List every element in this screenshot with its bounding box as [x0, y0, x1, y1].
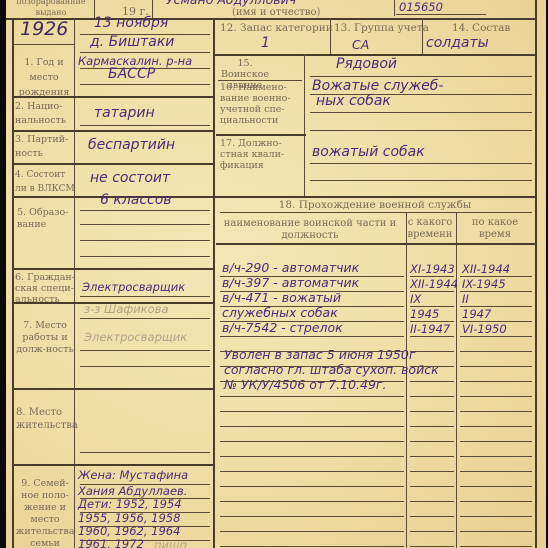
residence-label: 8. Место жительства: [16, 406, 78, 432]
divider: [410, 531, 454, 532]
divider: [460, 291, 532, 292]
serial-number: 015650: [399, 0, 443, 14]
divider: [80, 210, 210, 211]
divider: [220, 321, 404, 322]
reserve-category-value: 1: [261, 35, 270, 51]
military-card-page: позорарованние выдано 19 г. Усмано Абдул…: [6, 0, 546, 548]
name-caption: (имя и отчество): [232, 7, 320, 18]
divider: [14, 44, 74, 45]
divider: [220, 351, 404, 352]
divider: [220, 486, 404, 487]
divider: [220, 471, 404, 472]
divider: [80, 318, 210, 319]
divider: [460, 516, 532, 517]
divider: [218, 80, 302, 81]
divider: [460, 471, 532, 472]
divider: [220, 516, 404, 517]
divider: [410, 501, 454, 502]
family-line-2: Хания Абдуллаев.: [78, 484, 187, 498]
divider: [410, 321, 454, 322]
divider: [220, 396, 404, 397]
service-row-to: 1947: [462, 307, 491, 321]
divider: [14, 268, 214, 270]
divider: [220, 426, 404, 427]
divider: [220, 546, 404, 547]
vus-label: 16. Наимено-вание военно-учетной спе-циа…: [220, 82, 302, 126]
divider: [14, 130, 214, 132]
service-row-to: VI-1950: [462, 322, 507, 336]
divider: [410, 366, 454, 367]
divider: [410, 276, 454, 277]
service-row-to: IX-1945: [462, 277, 506, 291]
nationality-value: татарин: [94, 105, 155, 121]
divider: [410, 546, 454, 547]
education-label: 5. Образо-вание: [17, 207, 73, 231]
divider: [410, 471, 454, 472]
divider: [460, 501, 532, 502]
service-row-unit: в/ч-471 - вожатый: [222, 290, 341, 305]
divider: [220, 291, 404, 292]
divider: [460, 336, 532, 337]
vus-line-2: ных собак: [316, 93, 391, 109]
workplace-line-1: з-з Шафикова: [84, 302, 169, 316]
birth-line-2: д. Биштаки: [90, 34, 174, 50]
service-note-line: Уволен в запас 5 июня 1950г: [224, 347, 415, 362]
divider: [410, 441, 454, 442]
name-value: Усмано Абдуллович: [166, 0, 296, 7]
divider: [410, 306, 454, 307]
divider: [422, 18, 423, 54]
divider: [406, 212, 407, 548]
composition-label: 14. Состав: [452, 23, 510, 34]
family-faded-note: пишп: [154, 538, 187, 548]
divider: [214, 196, 536, 198]
family-line-6: 1961, 1972: [78, 537, 144, 548]
divider: [310, 180, 532, 181]
service-row-unit: в/ч-397 - автоматчик: [222, 275, 359, 290]
divider: [80, 240, 210, 241]
service-row-to: II: [462, 292, 469, 306]
service-row-unit: в/ч-290 - автоматчик: [222, 260, 359, 275]
civil-specialty-label: 6. Граждан-ская специ-альность: [15, 272, 77, 305]
birth-line-1: 13 ноября: [94, 15, 168, 31]
service-row-from: II-1947: [410, 322, 450, 336]
divider: [460, 426, 532, 427]
service-note-line: согласно гл. штаба сухоп. войск: [224, 362, 439, 377]
divider: [410, 396, 454, 397]
education-value: 6 классов: [100, 192, 172, 208]
vus-line-1: Вожатые служеб-: [312, 78, 443, 94]
divider: [460, 441, 532, 442]
account-group-value: СА: [352, 37, 369, 52]
service-col-unit: наименование воинской части и должность: [220, 218, 400, 242]
divider: [220, 212, 532, 213]
divider: [14, 163, 214, 165]
divider: [460, 396, 532, 397]
service-row-unit: служебных собак: [222, 305, 338, 320]
divider: [394, 0, 395, 16]
divider: [80, 366, 210, 367]
divider: [14, 388, 214, 390]
rank-value: Рядовой: [336, 56, 397, 72]
family-line-3: Дети: 1952, 1954: [78, 497, 182, 511]
issued-label: позорарованние выдано: [16, 0, 86, 18]
divider: [220, 381, 404, 382]
divider: [460, 321, 532, 322]
divider: [80, 256, 210, 257]
divider: [310, 112, 532, 113]
divider: [220, 456, 404, 457]
reserve-category-label: 12. Запас категории: [220, 23, 333, 34]
divider: [396, 14, 486, 15]
party-value: беспартийн: [88, 137, 175, 153]
family-line-5: 1960, 1962, 1964: [78, 524, 180, 538]
divider: [460, 411, 532, 412]
frame-right: [535, 0, 537, 548]
service-row-from: XI-1943: [410, 262, 455, 276]
divider: [330, 18, 331, 54]
divider: [310, 76, 532, 77]
service-row-from: IX: [410, 292, 421, 306]
divider: [410, 351, 454, 352]
divider: [460, 306, 532, 307]
service-row-from: XII-1944: [410, 277, 458, 291]
divider: [410, 381, 454, 382]
family-line-4: 1955, 1956, 1958: [78, 511, 180, 525]
divider: [410, 456, 454, 457]
divider: [460, 366, 532, 367]
divider: [310, 163, 532, 164]
divider: [410, 336, 454, 337]
qualification-value: вожатый собак: [312, 144, 425, 160]
birth-line-4: БАССР: [108, 66, 155, 82]
birth-year: 1926: [20, 18, 68, 40]
divider: [216, 134, 306, 136]
divider: [460, 486, 532, 487]
divider: [220, 336, 404, 337]
divider: [410, 516, 454, 517]
divider: [80, 125, 210, 126]
divider: [80, 224, 210, 225]
divider: [460, 351, 532, 352]
divider: [460, 531, 532, 532]
composition-value: солдаты: [426, 35, 489, 51]
divider: [410, 411, 454, 412]
nationality-label: 2. Нацио-нальность: [15, 100, 73, 128]
divider: [310, 130, 532, 131]
service-row-unit: в/ч-7542 - стрелок: [222, 320, 343, 335]
divider: [220, 441, 404, 442]
divider: [80, 452, 210, 453]
divider: [460, 381, 532, 382]
account-group-label: 13. Группа учета: [334, 23, 429, 34]
divider: [220, 276, 404, 277]
divider: [410, 291, 454, 292]
divider: [216, 243, 536, 245]
komsomol-value: не состоит: [90, 170, 170, 186]
divider: [460, 456, 532, 457]
service-col-to: по какое время: [458, 217, 532, 241]
divider: [410, 486, 454, 487]
divider: [80, 84, 210, 85]
divider: [220, 366, 404, 367]
service-note-line: № УК/У/4506 от 7.10.49г.: [224, 377, 386, 392]
service-row-from: 1945: [410, 307, 439, 321]
qualification-label: 17. Должно-стная квали-фикация: [220, 138, 300, 171]
service-title: 18. Прохождение военной службы: [216, 200, 534, 211]
divider: [220, 531, 404, 532]
divider: [14, 96, 214, 98]
divider: [80, 296, 210, 297]
service-row-to: XII-1944: [462, 262, 510, 276]
family-line-1: Жена: Мустафина: [78, 468, 188, 482]
civil-specialty-value: Электросварщик: [82, 280, 185, 294]
divider: [410, 426, 454, 427]
workplace-line-2: Электросварщик: [84, 330, 187, 344]
divider: [80, 350, 210, 351]
party-label: 3. Партий-ность: [15, 133, 73, 161]
divider: [80, 52, 210, 53]
service-col-from: с какого времени: [406, 217, 454, 241]
divider: [220, 306, 404, 307]
workplace-label: 7. Место работы и долж-ность: [14, 320, 76, 356]
divider: [14, 464, 214, 466]
divider: [460, 546, 532, 547]
divider: [304, 54, 305, 196]
birth-label: 1. Год и место рождения: [14, 55, 74, 100]
frame-top: [6, 18, 536, 20]
divider: [220, 501, 404, 502]
family-label: 9. Семей-ное поло-жение и место жительст…: [14, 478, 76, 548]
komsomol-label: 4. Состоит ли в ВЛКСМ: [15, 168, 77, 196]
divider: [220, 411, 404, 412]
divider: [460, 276, 532, 277]
divider: [456, 212, 457, 548]
